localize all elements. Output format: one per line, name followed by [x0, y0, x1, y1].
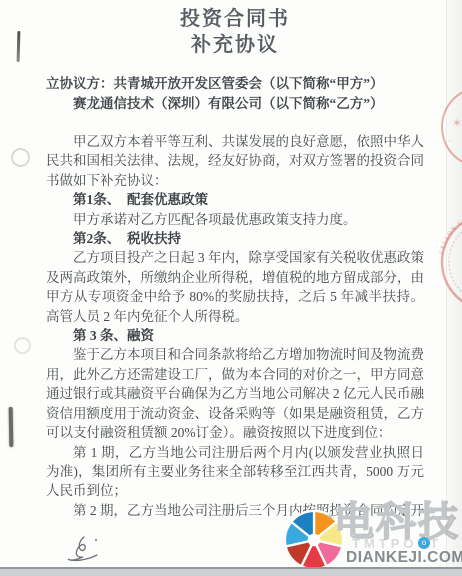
watermark-domain-text: DIANKEJI.COM: [346, 549, 462, 567]
heading-article-3: 第 3 条、融资: [46, 326, 424, 345]
contract-body: 甲乙双方本着平等互利、共谋发展的良好意愿，依照中华人民共和国相关法律、法规，经友…: [46, 132, 424, 520]
paragraph-article-2: 乙方项目投产之日起 3 年内，除享受国家有关税收优惠政策及两高政策外，所缴纳企业…: [46, 248, 424, 326]
document-title-line-2: 补充协议: [46, 32, 424, 58]
paragraph-phase-1: 第 1 期，乙方当地公司注册后两个月内(以颁发营业执照日为准)，集团所有主要业务…: [46, 443, 424, 501]
scan-mark-line-bottom: [9, 407, 13, 447]
punch-hole-mark: [11, 148, 30, 167]
diankeji-watermark: ® 电科技 TMTPOST o DIANKEJI.COM: [280, 498, 462, 570]
page-edge-shade: [447, 0, 462, 568]
paragraph-article-1: 甲方承诺对乙方匹配各项最优惠政策支持力度。: [46, 210, 424, 229]
party-line-jiafang: 立协议方：共青城开放开发区管委会（以下简称“甲方”）: [46, 74, 424, 94]
party-line-yifang: 赛龙通信技术（深圳）有限公司（以下简称“乙方”）: [46, 94, 424, 114]
registered-trademark-icon: ®: [327, 512, 334, 522]
contract-document: 投资合同书 补充协议 立协议方：共青城开放开发区管委会（以下简称“甲方”） 赛龙…: [46, 6, 424, 520]
heading-article-2: 第2条、 税收扶持: [46, 229, 424, 248]
document-title-line-1: 投资合同书: [46, 6, 424, 32]
paragraph-intro: 甲乙双方本着平等互利、共谋发展的良好意愿，依照中华人民共和国相关法律、法规，经友…: [46, 132, 424, 190]
handwritten-initial: [62, 534, 110, 568]
parties-block: 立协议方：共青城开放开发区管委会（以下简称“甲方”） 赛龙通信技术（深圳）有限公…: [46, 74, 424, 114]
scan-bottom-edge: [0, 567, 462, 576]
scanned-page: 投资合同书 补充协议 立协议方：共青城开放开发区管委会（以下简称“甲方”） 赛龙…: [0, 0, 462, 576]
watermark-ghost-dot-icon: o: [418, 537, 430, 549]
scan-mark-line-top: [17, 31, 21, 62]
heading-article-1: 第1条、 配套优惠政策: [46, 190, 424, 209]
punch-hole-mark: [14, 337, 31, 354]
paragraph-article-3: 鉴于乙方本项目和合同条款将给乙方增加物流时间及物流费用，此外乙方还需建设工厂，做…: [46, 345, 424, 442]
